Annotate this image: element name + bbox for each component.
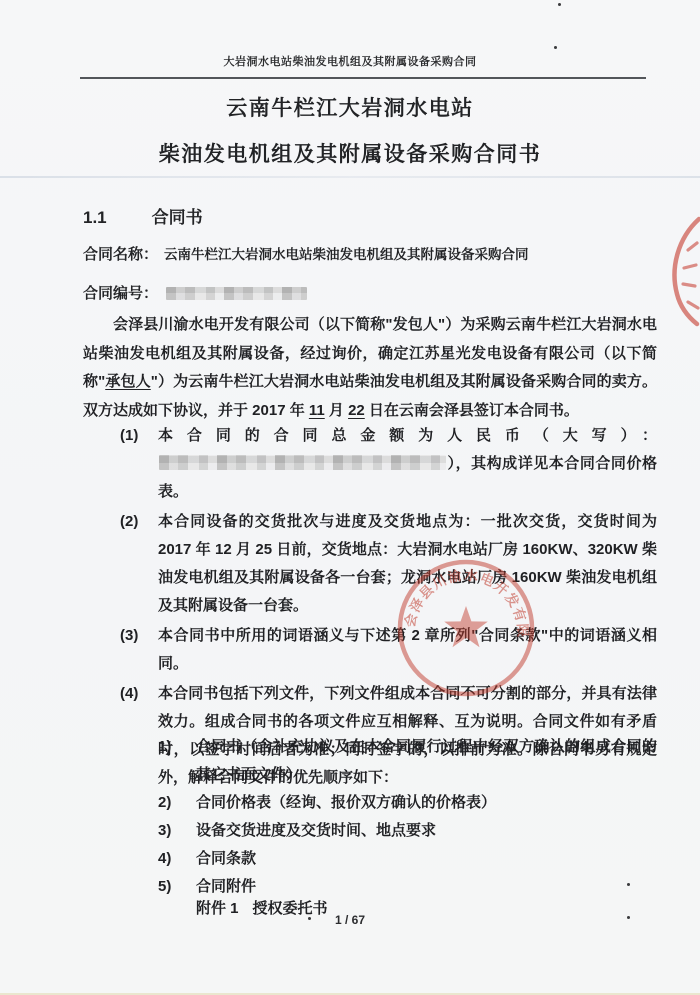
header-rule xyxy=(80,77,646,79)
clause-item-3: (3) 本合同书中所用的词语涵义与下述第 2 章所列"合同条款"中的词语涵义相同… xyxy=(120,622,657,678)
priority-item-2: 2) 合同价格表（经询、报价双方确认的价格表） xyxy=(158,789,657,817)
priority-item-4: 4) 合同条款 xyxy=(158,845,657,873)
scan-artifact xyxy=(558,3,561,6)
clause-item-1: (1) 本合同的合同总金额为人民币（大写）：），其构成详见本合同合同价格表。 xyxy=(120,422,657,506)
intro-text: 月 xyxy=(325,402,348,419)
clause-text: 本合同书中所用的词语涵义与下述第 2 章所列"合同条款"中的词语涵义相同。 xyxy=(158,622,657,678)
redacted-amount xyxy=(159,455,446,470)
section-title: 合同书 xyxy=(152,208,203,227)
page-number: 1 / 67 xyxy=(0,913,700,927)
document-title-line2: 柴油发电机组及其附属设备采购合同书 xyxy=(0,138,700,168)
contractor-term-underlined: 承包人 xyxy=(105,373,151,390)
priority-item-3: 3) 设备交货进度及交货时间、地点要求 xyxy=(158,817,657,845)
clause-number: (4) xyxy=(120,680,158,792)
intro-text: 日在云南会泽县签订本合同书。 xyxy=(365,402,579,419)
contract-name-value: 云南牛栏江大岩洞水电站柴油发电机组及其附属设备采购合同 xyxy=(164,247,529,262)
sign-day-underlined: 22 xyxy=(348,402,365,419)
section-number: 1.1 xyxy=(83,208,107,227)
scan-artifact xyxy=(627,916,630,919)
document-title-line1: 云南牛栏江大岩洞水电站 xyxy=(0,92,700,122)
clause-item-2: (2) 本合同设备的交货批次与进度及交货地点为：一批次交货，交货时间为 2017… xyxy=(120,508,657,620)
priority-item-1: 1) 合同书（含补充协议及在本合同履行过程中经双方确认的组成合同的其它书面文件） xyxy=(158,733,657,789)
intro-paragraph: 会泽县川渝水电开发有限公司（以下简称"发包人"）为采购云南牛栏江大岩洞水电站柴油… xyxy=(83,311,657,425)
priority-number: 5) xyxy=(158,873,196,901)
clause-number: (1) xyxy=(120,422,158,506)
contract-document-page: 大岩洞水电站柴油发电机组及其附属设备采购合同 云南牛栏江大岩洞水电站 柴油发电机… xyxy=(0,0,700,995)
priority-number: 1) xyxy=(158,733,196,789)
scan-crease-line xyxy=(0,176,700,178)
priority-number: 3) xyxy=(158,817,196,845)
sign-month-underlined: 11 xyxy=(309,402,325,419)
priority-text: 设备交货进度及交货时间、地点要求 xyxy=(196,817,657,845)
priority-number: 2) xyxy=(158,789,196,817)
redacted-contract-number xyxy=(166,287,307,300)
clause-text: 本合同的合同总金额为人民币（大写）：），其构成详见本合同合同价格表。 xyxy=(158,422,657,506)
running-header: 大岩洞水电站柴油发电机组及其附属设备采购合同 xyxy=(0,53,700,69)
scan-artifact xyxy=(627,883,630,886)
section-heading: 1.1合同书 xyxy=(83,203,203,228)
scan-artifact xyxy=(308,917,311,920)
priority-text: 合同书（含补充协议及在本合同履行过程中经双方确认的组成合同的其它书面文件） xyxy=(196,733,657,789)
contract-number-line: 合同编号： xyxy=(83,282,307,303)
edge-stamp-fragment xyxy=(664,216,700,328)
clause-number: (2) xyxy=(120,508,158,620)
priority-text: 合同价格表（经询、报价双方确认的价格表） xyxy=(196,789,657,817)
contract-name-label: 合同名称： xyxy=(83,246,158,263)
scan-artifact xyxy=(554,46,557,49)
clause-text-before: 本合同的合同总金额为人民币（大写）： xyxy=(158,427,657,444)
clause-text: 本合同设备的交货批次与进度及交货地点为：一批次交货，交货时间为 2017 年 1… xyxy=(158,508,657,620)
priority-text: 合同条款 xyxy=(196,845,657,873)
contract-name-line: 合同名称：云南牛栏江大岩洞水电站柴油发电机组及其附属设备采购合同 xyxy=(83,243,529,264)
priority-number: 4) xyxy=(158,845,196,873)
document-priority-list: 1) 合同书（含补充协议及在本合同履行过程中经双方确认的组成合同的其它书面文件）… xyxy=(158,733,657,901)
clause-number: (3) xyxy=(120,622,158,678)
contract-number-label: 合同编号： xyxy=(83,285,158,302)
